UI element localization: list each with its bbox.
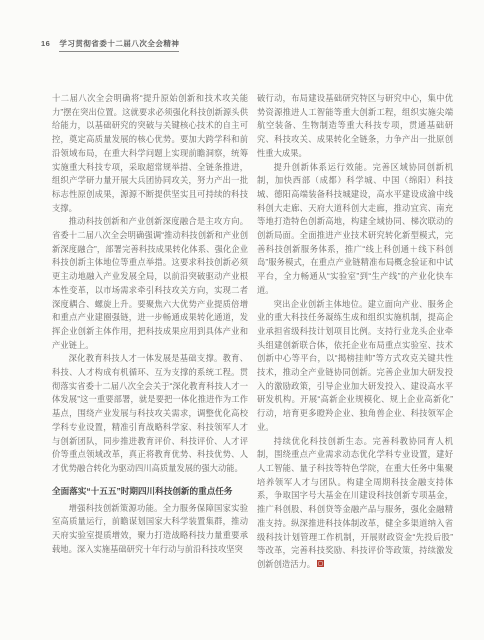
- paragraph: 深化教育科技人才一体发展是基础支撑。教育、科技、人才构成有机循环、互为支撑的系统…: [52, 352, 248, 475]
- page-number: 16: [41, 39, 50, 48]
- article-end-mark: [317, 560, 324, 567]
- paragraph: 增强科技创新策源功能。全力服务保障国家实验室高质量运行，前瞻谋划国家大科学装置集…: [52, 502, 248, 557]
- page-header: 16 学习贯彻省委十二届八次全会精神: [41, 38, 179, 52]
- paragraph-text: 持续优化科技创新生态。完善科教协同育人机制，围绕重点产业需求动态优化学科专业设置…: [257, 436, 453, 569]
- section-heading: 全面落实“十五五”时期四川科技创新的重点任务: [52, 485, 248, 498]
- article-body: 十二届八次全会明确将“提升原始创新和技术攻关能力”摆在突出位置。这就要求必须强化…: [52, 92, 453, 572]
- paragraph: 提升创新体系运行效能。完善区域协同创新机制，加快西部（成都）科学城、中国（绵阳）…: [257, 161, 453, 298]
- paragraph: 推动科技创新和产业创新深度融合是主攻方向。省委十二届八次全会明确强调“推动科技创…: [52, 215, 248, 352]
- magazine-page: 16 学习贯彻省委十二届八次全会精神 十二届八次全会明确将“提升原始创新和技术攻…: [0, 0, 484, 640]
- paragraph-last: 持续优化科技创新生态。完善科教协同育人机制，围绕重点产业需求动态优化学科专业设置…: [257, 435, 453, 572]
- paragraph-continuation: 十二届八次全会明确将“提升原始创新和技术攻关能力”摆在突出位置。这就要求必须强化…: [52, 92, 248, 215]
- left-column: 十二届八次全会明确将“提升原始创新和技术攻关能力”摆在突出位置。这就要求必须强化…: [52, 92, 248, 572]
- right-column: 破行动，布局建设基础研究特区与研究中心，集中优势资源推进人工智能等重大创新工程，…: [257, 92, 453, 572]
- running-title: 学习贯彻省委十二届八次全会精神: [59, 38, 179, 52]
- paragraph: 突出企业创新主体地位。建立面向产业、服务企业的重大科技任务凝练生成和组织实施机制…: [257, 298, 453, 435]
- paragraph-continuation: 破行动，布局建设基础研究特区与研究中心，集中优势资源推进人工智能等重大创新工程，…: [257, 92, 453, 161]
